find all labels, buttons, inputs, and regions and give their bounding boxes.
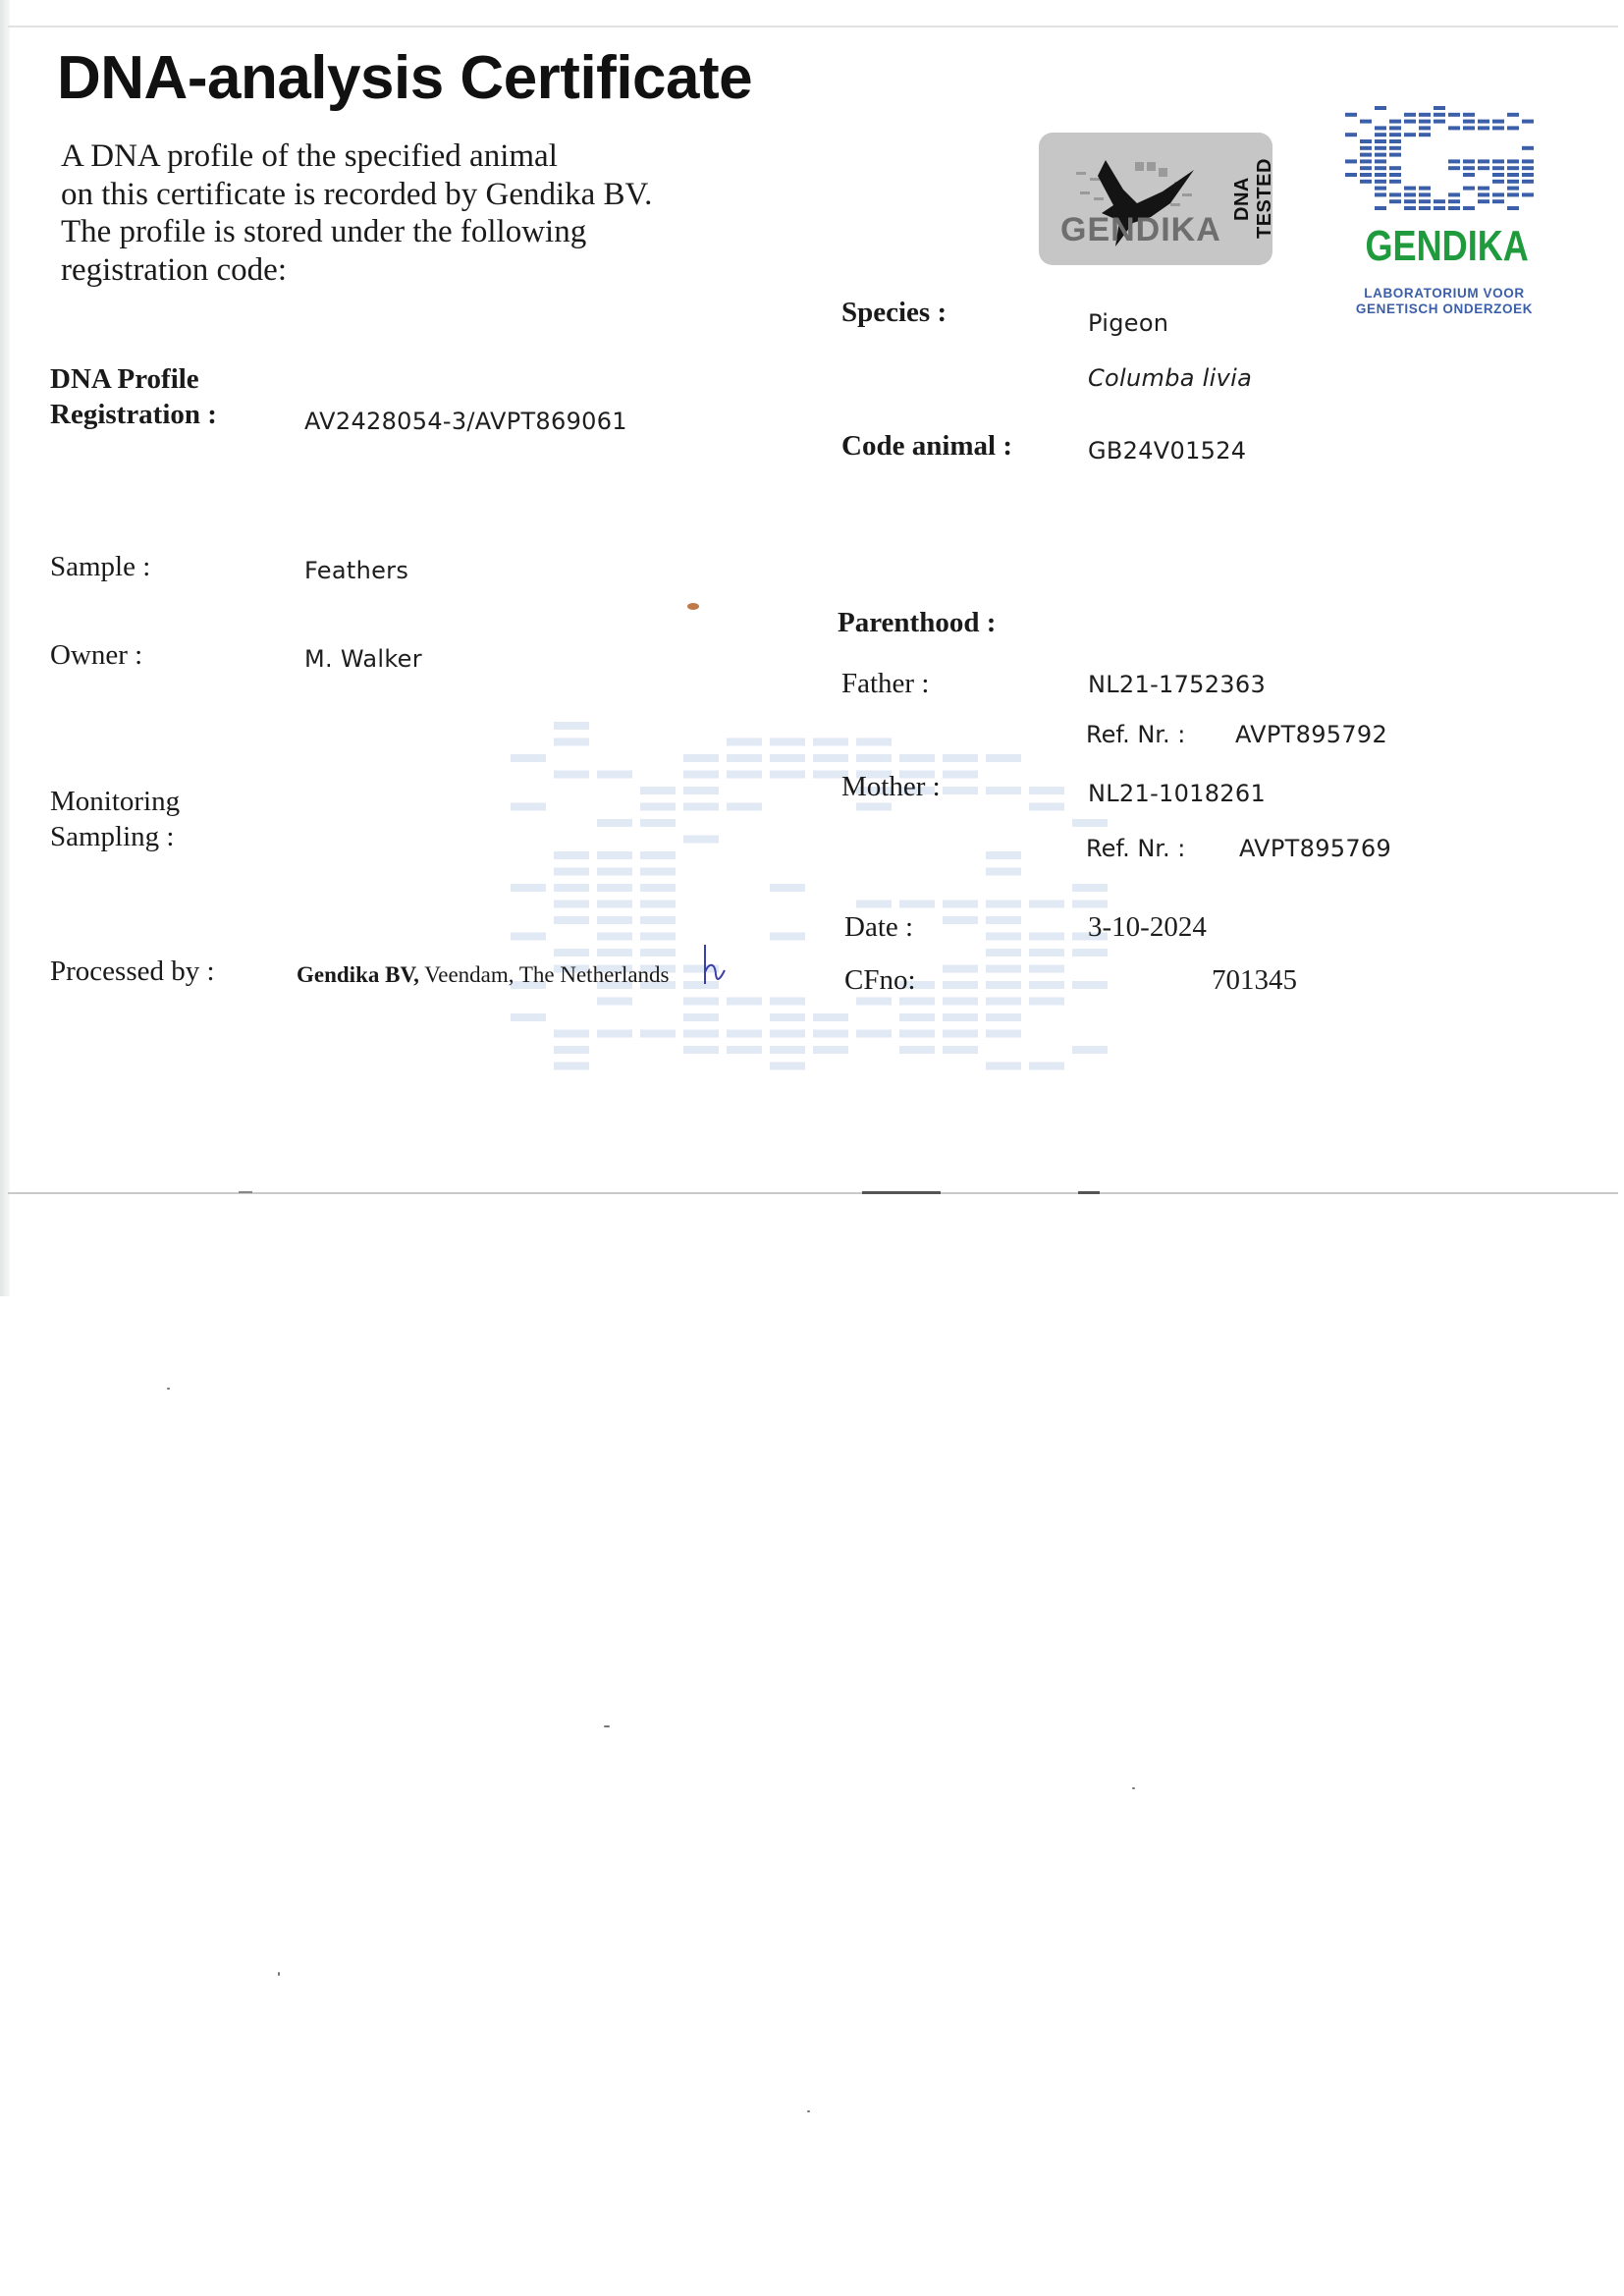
- processed-company: Gendika BV,: [297, 962, 419, 987]
- father-ref-label: Ref. Nr. :: [1086, 721, 1185, 748]
- code-animal-label: Code animal :: [841, 430, 1012, 463]
- badge-dna-tested-text: DNA TESTED: [1231, 142, 1261, 255]
- father-value: NL21-1752363: [1088, 671, 1266, 698]
- sampling-label: Sampling :: [50, 821, 174, 853]
- registration-value: AV2428054-3/AVPT869061: [304, 408, 627, 435]
- scan-speck: [167, 1388, 170, 1390]
- scan-mark: [687, 603, 699, 610]
- parenthood-label: Parenthood :: [838, 607, 996, 639]
- scan-speck: [1132, 1787, 1135, 1789]
- processed-by-value: Gendika BV, Veendam, The Netherlands: [297, 962, 670, 988]
- signature-mark-icon: [685, 941, 734, 990]
- species-label: Species :: [841, 297, 947, 329]
- owner-label: Owner :: [50, 639, 142, 672]
- species-value: Pigeon: [1088, 309, 1168, 337]
- mother-label: Mother :: [841, 771, 941, 803]
- gendika-logo: GENDIKA LABORATORIUM VOOR GENETISCH ONDE…: [1345, 106, 1542, 322]
- logo-subtitle: LABORATORIUM VOOR GENETISCH ONDERZOEK: [1341, 286, 1547, 317]
- date-label: Date :: [844, 911, 913, 944]
- gendika-g-logo-icon: [1345, 106, 1542, 214]
- processed-location: Veendam, The Netherlands: [419, 962, 670, 987]
- species-latin-value: Columba livia: [1088, 364, 1252, 392]
- certificate-bottom-edge: [8, 1192, 1618, 1194]
- dna-profile-label: DNA Profile: [50, 363, 199, 396]
- logo-wordmark: GENDIKA: [1365, 222, 1521, 271]
- code-animal-value: GB24V01524: [1088, 437, 1246, 465]
- father-label: Father :: [841, 668, 929, 700]
- scan-left-edge: [0, 0, 10, 1296]
- scan-speck: [278, 1972, 280, 1976]
- badge-brand-text: GENDIKA: [1060, 211, 1221, 249]
- cfno-value: 701345: [1212, 964, 1297, 997]
- mother-value: NL21-1018261: [1088, 780, 1266, 807]
- father-ref-value: AVPT895792: [1235, 721, 1387, 748]
- certificate-title: DNA-analysis Certificate: [57, 43, 752, 113]
- cfno-label: CFno:: [844, 964, 916, 997]
- mother-ref-value: AVPT895769: [1239, 835, 1391, 862]
- sample-label: Sample :: [50, 551, 150, 583]
- gendika-watermark-icon: [511, 722, 1119, 1075]
- sample-value: Feathers: [304, 557, 408, 584]
- scan-speck: [604, 1725, 610, 1727]
- monitoring-label: Monitoring: [50, 786, 180, 818]
- processed-by-label: Processed by :: [50, 956, 215, 988]
- mother-ref-label: Ref. Nr. :: [1086, 835, 1185, 862]
- scan-speck: [807, 2110, 810, 2112]
- registration-label: Registration :: [50, 399, 217, 431]
- certificate-intro: A DNA profile of the specified animal on…: [61, 137, 709, 289]
- scan-top-edge: [8, 26, 1618, 27]
- owner-value: M. Walker: [304, 645, 422, 673]
- dna-tested-badge: GENDIKA DNA TESTED: [1039, 133, 1272, 265]
- date-value: 3-10-2024: [1088, 911, 1207, 944]
